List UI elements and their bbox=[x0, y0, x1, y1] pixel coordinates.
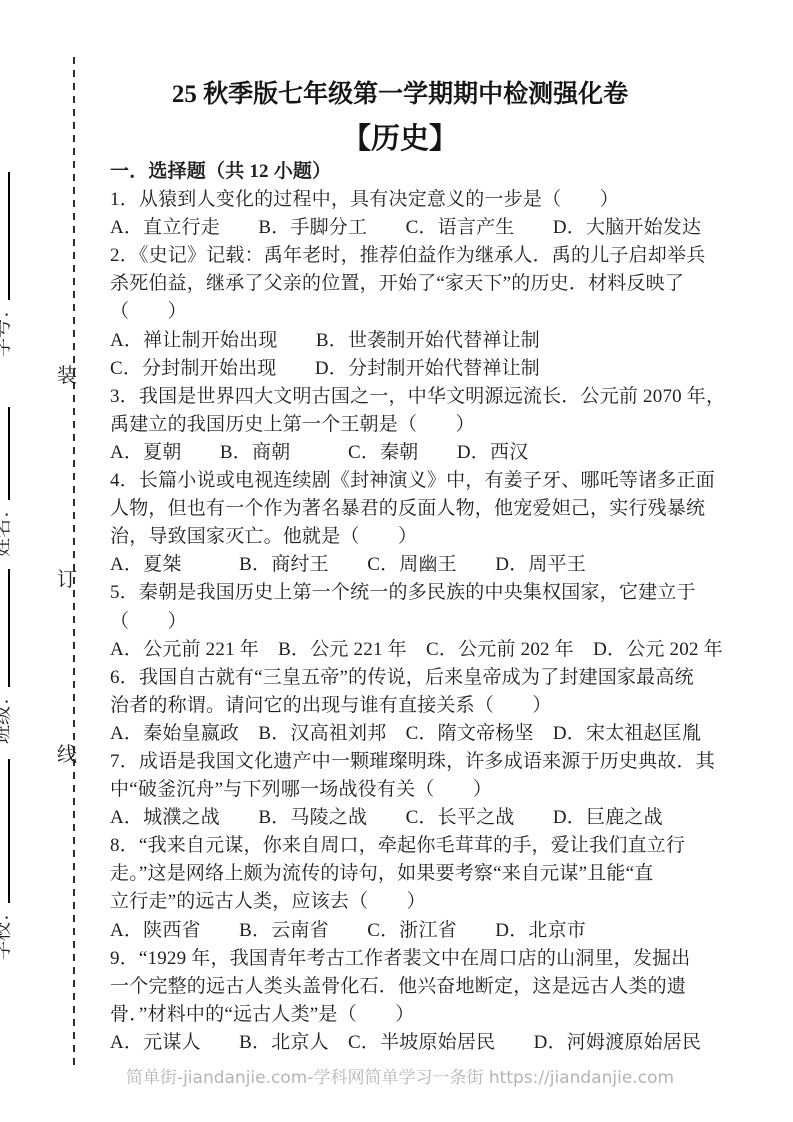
paper-subject: 【历史】 bbox=[110, 119, 690, 159]
school-label: 学校： bbox=[0, 903, 13, 960]
paper-title: 25 秋季版七年级第一学期期中检测强化卷 bbox=[110, 79, 690, 111]
question-stem: 中“破釜沉舟”与下列哪一场战役有关（ ） bbox=[110, 776, 694, 804]
school-field: 学校： bbox=[0, 752, 16, 960]
question-stem: 立行走”的远古人类，应该去（ ） bbox=[110, 888, 694, 916]
question-stem: 杀死伯益，继承了父亲的位置，开始了“家天下”的历史．材料反映了 bbox=[110, 270, 694, 298]
name-blank-line bbox=[0, 407, 10, 500]
section-heading: 一．选择题（共 12 小题） bbox=[110, 158, 694, 186]
question-stem: 5．秦朝是我国历史上第一个统一的多民族的中央集权国家，它建立于 bbox=[110, 579, 694, 607]
school-blank-line bbox=[0, 759, 10, 903]
question-options: A．公元前 221 年 B．公元 221 年 C．公元前 202 年 D．公元 … bbox=[110, 636, 694, 664]
question-6: 6．我国自古就有“三皇五帝”的传说，后来皇帝成为了封建国家最高统 治者的称谓。请… bbox=[110, 664, 694, 748]
question-stem: 2．《史记》记载：禹年老时，推荐伯益作为继承人．禹的儿子启却举兵 bbox=[110, 242, 694, 270]
question-stem: 走。”这是网络上颇为流传的诗句，如果要考察“来自元谋”且能“直 bbox=[110, 860, 694, 888]
question-stem: （ ） bbox=[110, 298, 694, 326]
question-options: A．秦始皇嬴政 B．汉高祖刘邦 C．隋文帝杨坚 D．宋太祖赵匡胤 bbox=[110, 720, 694, 748]
question-7: 7．成语是我国文化遗产中一颗璀璨明珠，许多成语来源于历史典故．其 中“破釜沉舟”… bbox=[110, 748, 694, 832]
student-id-blank-line bbox=[0, 172, 10, 300]
binding-char-ding: 订 bbox=[54, 563, 80, 592]
question-stem: 治者的称谓。请问它的出现与谁有直接关系（ ） bbox=[110, 692, 694, 720]
question-8: 8．“我来自元谋，你来自周口，牵起你毛茸茸的手，爱让我们直立行 走。”这是网络上… bbox=[110, 832, 694, 944]
question-stem: 治，导致国家灭亡。他就是（ ） bbox=[110, 523, 694, 551]
question-options: A．夏朝 B．商朝 C．秦朝 D．西汉 bbox=[110, 439, 694, 467]
question-stem: 8．“我来自元谋，你来自周口，牵起你毛茸茸的手，爱让我们直立行 bbox=[110, 832, 694, 860]
question-stem: 7．成语是我国文化遗产中一颗璀璨明珠，许多成语来源于历史典故．其 bbox=[110, 748, 694, 776]
question-5: 5．秦朝是我国历史上第一个统一的多民族的中央集权国家，它建立于 （ ） A．公元… bbox=[110, 579, 694, 663]
question-stem: （ ） bbox=[110, 608, 694, 636]
class-blank-line bbox=[0, 569, 10, 687]
question-9: 9．“1929 年，我国青年考古工作者裴文中在周口店的山洞里，发掘出 一个完整的… bbox=[110, 945, 694, 1057]
name-field: 姓名： bbox=[0, 402, 16, 557]
binding-char-zhuang: 装 bbox=[54, 359, 80, 388]
question-options: A．城濮之战 B．马陵之战 C．长平之战 D．巨鹿之战 bbox=[110, 804, 694, 832]
question-3: 3．我国是世界四大文明古国之一，中华文明源远流长．公元前 2070 年， 禹建立… bbox=[110, 383, 694, 467]
question-stem: 禹建立的我国历史上第一个王朝是（ ） bbox=[110, 411, 694, 439]
question-2: 2．《史记》记载：禹年老时，推荐伯益作为继承人．禹的儿子启却举兵 杀死伯益，继承… bbox=[110, 242, 694, 382]
question-stem: 一个完整的远古人类头盖骨化石．他兴奋地断定，这是远古人类的遗 bbox=[110, 973, 694, 1001]
question-options: A．夏桀 B．商纣王 C．周幽王 D．周平王 bbox=[110, 551, 694, 579]
watermark-footer: 简单街-jiandanjie.com-学科网简单学习一条街 https://ji… bbox=[110, 1066, 690, 1090]
question-options: A．陕西省 B．云南省 C．浙江省 D．北京市 bbox=[110, 917, 694, 945]
question-stem: 9．“1929 年，我国青年考古工作者裴文中在周口店的山洞里，发掘出 bbox=[110, 945, 694, 973]
question-stem: 骨．”材料中的“远古人类”是（ ） bbox=[110, 1001, 694, 1029]
question-body: 一．选择题（共 12 小题） 1．从猿到人变化的过程中，具有决定意义的一步是（ … bbox=[110, 158, 694, 1057]
student-id-label: 学号： bbox=[0, 300, 13, 357]
question-1: 1．从猿到人变化的过程中，具有决定意义的一步是（ ） A．直立行走 B．手脚分工… bbox=[110, 186, 694, 242]
name-label: 姓名： bbox=[0, 500, 13, 557]
question-stem: 3．我国是世界四大文明古国之一，中华文明源远流长．公元前 2070 年， bbox=[110, 383, 694, 411]
question-stem: 6．我国自古就有“三皇五帝”的传说，后来皇帝成为了封建国家最高统 bbox=[110, 664, 694, 692]
question-options: A．元谋人 B．北京人 C．半坡原始居民 D．河姆渡原始居民 bbox=[110, 1029, 694, 1057]
question-options: A．直立行走 B．手脚分工 C．语言产生 D．大脑开始发达 bbox=[110, 214, 694, 242]
question-options: A．禅让制开始出现 B．世袭制开始代替禅让制 bbox=[110, 327, 694, 355]
question-options: C．分封制开始出现 D．分封制开始代替禅让制 bbox=[110, 355, 694, 383]
question-stem: 人物，但也有一个作为著名暴君的反面人物，他宠爱妲己，实行残暴统 bbox=[110, 495, 694, 523]
question-stem: 1．从猿到人变化的过程中，具有决定意义的一步是（ ） bbox=[110, 186, 694, 214]
class-field: 班级： bbox=[0, 562, 16, 744]
binding-dashed-line bbox=[73, 57, 75, 1065]
binding-char-xian: 线 bbox=[54, 738, 80, 767]
question-4: 4．长篇小说或电视连续剧《封神演义》中，有姜子牙、哪吒等诸多正面 人物，但也有一… bbox=[110, 467, 694, 579]
class-label: 班级： bbox=[0, 687, 13, 744]
student-id-field: 学号： bbox=[0, 167, 16, 357]
question-stem: 4．长篇小说或电视连续剧《封神演义》中，有姜子牙、哪吒等诸多正面 bbox=[110, 467, 694, 495]
